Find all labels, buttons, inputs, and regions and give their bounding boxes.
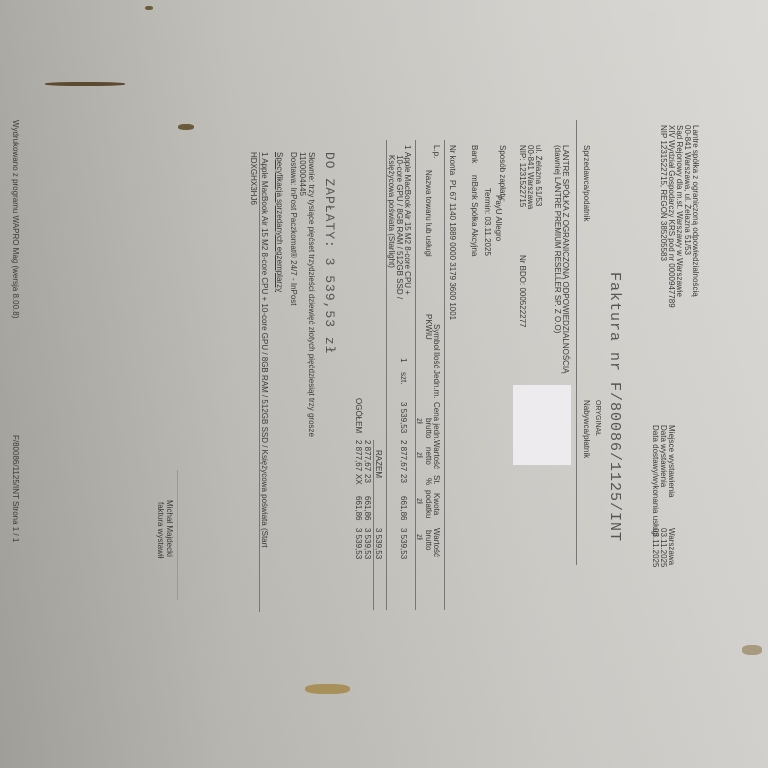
col-gross: Wartość [432, 528, 441, 557]
overall-vat: XX [354, 474, 363, 485]
seller-header-line: NIP 1231522715, REGON 385205583 [659, 125, 668, 261]
invoice-document: Lantre spółka z ograniczoną odpowiedzial… [0, 0, 768, 768]
total-border [373, 440, 374, 610]
table-top-border [444, 140, 445, 610]
seller-header-line: 00-841 Warszawa, ul. Żelazna 51/53 [683, 125, 692, 255]
row-tax: 661,86 [399, 496, 408, 520]
order-number: 1100004445 [298, 152, 307, 196]
footer-page: F/80086/1125/INT Strona 1 / 1 [11, 435, 20, 542]
seller-city: 00-841 Warszawa [526, 145, 535, 209]
row-lp: 1 [403, 145, 412, 149]
overall-net: 2 877,67 [354, 440, 363, 471]
col-tax-2: podatku [424, 490, 433, 518]
total-gross-2: 3 539,53 [363, 528, 372, 559]
total-tax: 661,86 [363, 496, 372, 520]
col-net: Wartość [432, 440, 441, 469]
col-gross-2: brutto [424, 530, 433, 550]
signature-role: faktura wystawił [156, 502, 165, 558]
row-vat: 23 [399, 474, 408, 483]
signature-name: Michał Majdecki [165, 500, 174, 557]
col-tax: Kwota [432, 493, 441, 515]
seller-nip: NIP: 1231522715 [518, 145, 527, 207]
seller-name: LANTRE SPÓŁKA Z OGRANICZONĄ ODPOWIEDZIAL… [561, 145, 570, 373]
seller-header-line: Lantre spółka z ograniczoną odpowiedzial… [691, 125, 700, 297]
bank-value: mBank Spółka Akcyjna [470, 175, 479, 256]
col-vat-2: % [424, 478, 433, 485]
total-gross: 3 539,53 [374, 528, 383, 559]
signature-line [177, 470, 178, 600]
original-label: ORYGINAŁ [593, 400, 602, 436]
overall-tax: 661,86 [354, 496, 363, 520]
col-price-2: brutto [424, 418, 433, 438]
seller-header-line: Sąd Rejonowy dla m.st. Warszawy w Warsza… [675, 125, 684, 297]
divider [576, 120, 577, 565]
account-value: PL 67 1140 1889 0000 3179 3600 1001 [448, 180, 457, 320]
col-name: Nazwa towaru lub usługi [424, 170, 433, 257]
delivery-date-label: Data dostawy/wykonania usługi [651, 425, 660, 537]
seller-name-former: (dawniej LANTRE PREMIUM RESELLER SP. Z O… [553, 145, 562, 333]
footer-program: Wydrukowano z programu WAPRO Mag (wersja… [11, 120, 20, 318]
row-unit: szt. [399, 372, 408, 384]
total-vat: 23 [363, 474, 372, 483]
row-name: Apple MacBook Air 15 M2 8-core CPU + [403, 152, 412, 295]
seller-bdo: Nr BDO: 000522277 [518, 255, 527, 328]
payment-term: Termin: 03.11.2025 [483, 188, 492, 256]
col-price: Cena jedn. [432, 402, 441, 441]
delivery-date-value: 03.11.2025 [651, 528, 660, 567]
amount-in-words: Słownie: trzy tysiące pięćset trzydzieśc… [307, 152, 316, 437]
col-vat: St. [432, 475, 441, 485]
spec-item: 1 Apple MacBook Air 15 M2 8-core CPU + 1… [260, 152, 269, 548]
seller-street: ul. Żelazna 51/53 [534, 145, 543, 206]
currency: zł [415, 418, 424, 424]
serial-number: HDXGHX3HJ6 [249, 152, 258, 205]
row-price: 3 539,53 [399, 402, 408, 433]
place-value: Warszawa [667, 528, 676, 565]
issue-date-label: Data wystawienia [659, 425, 668, 487]
col-qty: Ilość [432, 352, 441, 368]
seller-header-line: XIV Wydział Gospodarczy KRS pod nr 00009… [667, 125, 676, 308]
row-name: 10-core GPU / 8GB RAM / 512GB SSD / [395, 155, 404, 299]
row-net: 2 877,67 [399, 440, 408, 471]
col-lp: L.p. [432, 145, 441, 158]
col-net-2: netto [424, 447, 433, 465]
amount-due: DO ZAPŁATY: 3 539,53 zł [322, 152, 336, 354]
row-gross: 3 539,53 [399, 528, 408, 559]
buyer-redacted-area [513, 385, 571, 465]
payment-method-label: Sposób zapłaty: [498, 145, 507, 202]
currency: zł [415, 498, 424, 504]
overall-label: OGÓŁEM [354, 398, 363, 433]
account-label: Nr konta [448, 145, 457, 175]
col-unit: Jedn.m. [432, 370, 441, 398]
currency: zł [415, 534, 424, 540]
col-symbol-pkwiu: PKWiU [424, 314, 433, 340]
bank-label: Bank [470, 145, 479, 163]
delivery-method: Dostawa: InPost Paczkomat® 24/7 - InPost [289, 152, 298, 306]
currency: zł [415, 452, 424, 458]
seller-label: Sprzedawca/podatnik [582, 145, 591, 222]
place-label: Miejsce wystawienia [667, 425, 676, 497]
col-symbol: Symbol [432, 324, 441, 351]
table-row-border [386, 140, 387, 610]
buyer-label: Nabywca/płatnik [582, 400, 591, 458]
row-qty: 1 [399, 358, 408, 362]
spec-divider [259, 152, 260, 612]
spec-title: Specyfikacja sprzedanych egzemplarzy [275, 152, 284, 292]
total-net: 2 877,67 [363, 440, 372, 471]
row-name: Księżycowa poświata (Starlight) [387, 155, 396, 268]
overall-gross: 3 539,53 [354, 528, 363, 559]
total-label: RAZEM [374, 450, 383, 478]
issue-date-value: 03.11.2025 [659, 528, 668, 567]
payment-method-value: PayU Allegro [494, 195, 503, 241]
invoice-title: Faktura nr F/80086/1125/INT [606, 272, 622, 542]
table-header-border [415, 140, 416, 610]
